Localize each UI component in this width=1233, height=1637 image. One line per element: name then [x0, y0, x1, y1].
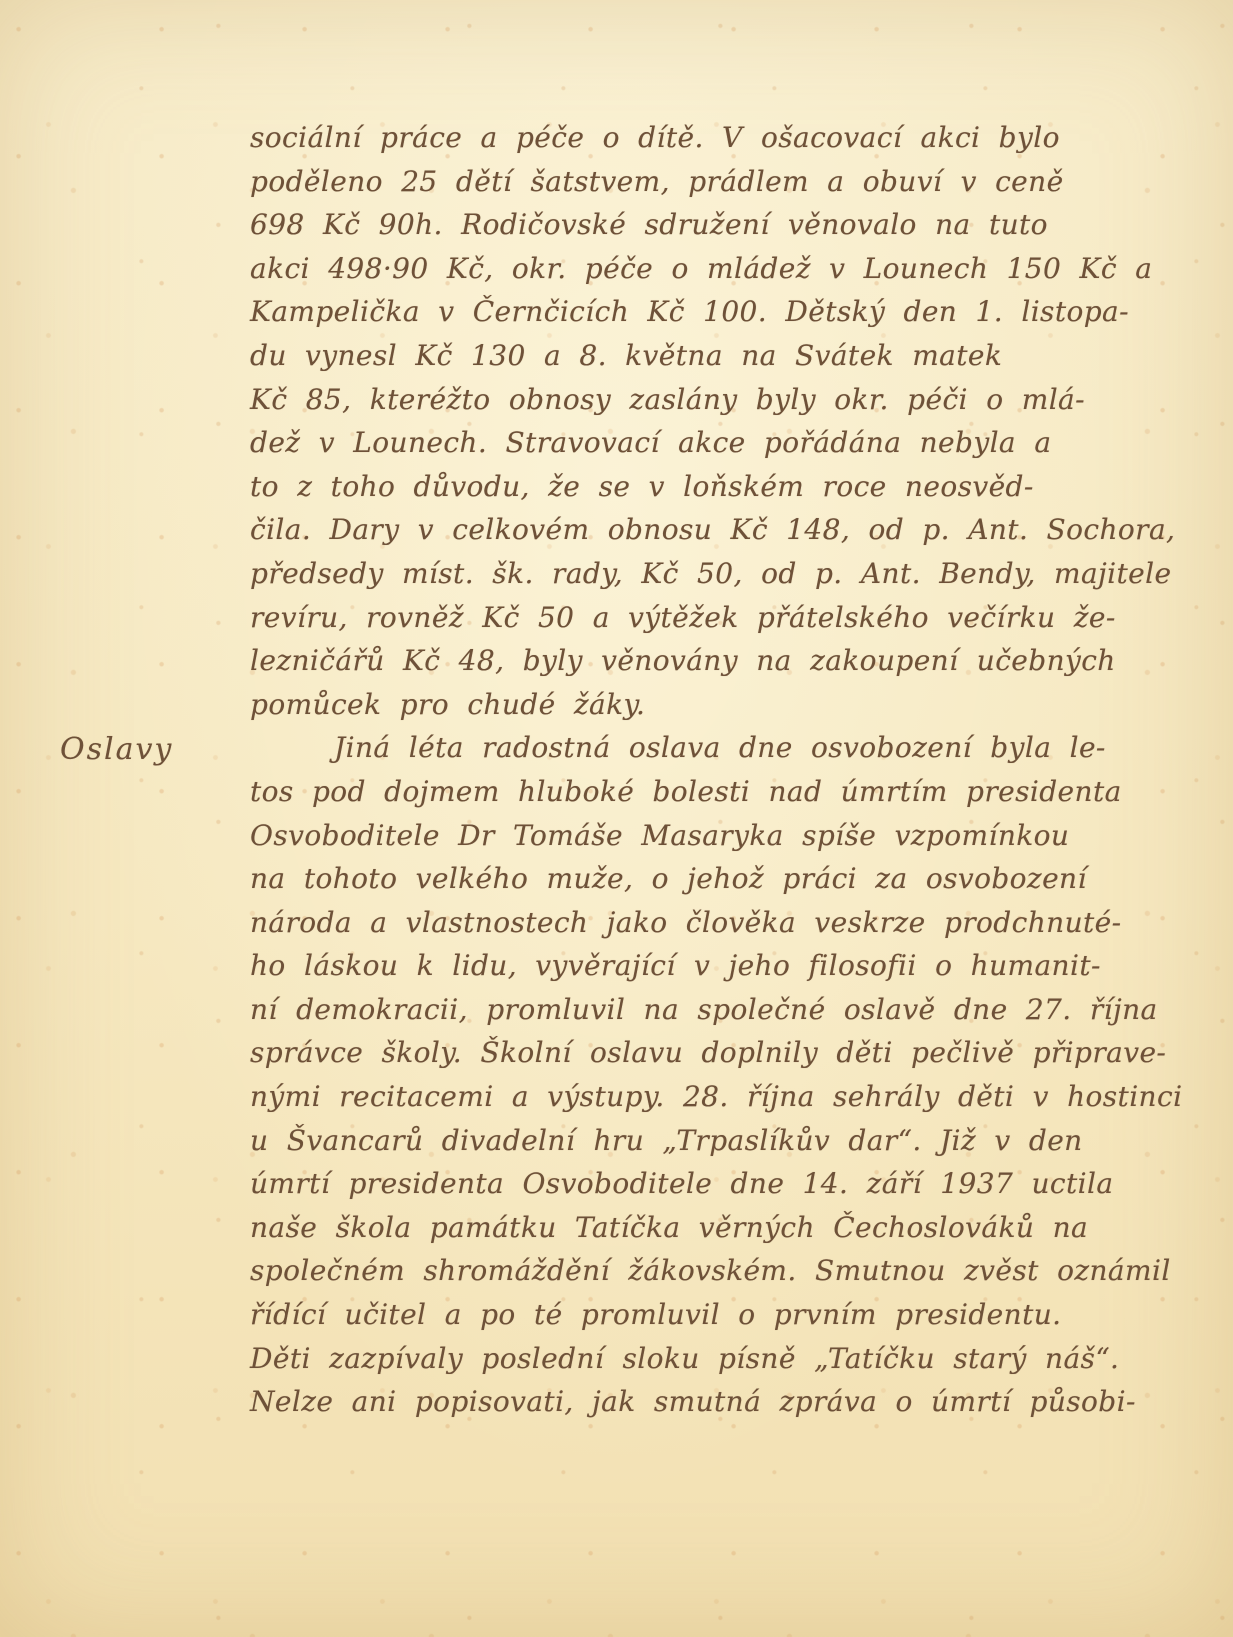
text-line: ní demokracii, promluvil na společné osl… — [250, 988, 1150, 1032]
text-line: 698 Kč 90h. Rodičovské sdružení věnovalo… — [250, 203, 1150, 247]
chronicle-page: Oslavy sociální práce a péče o dítě. V o… — [0, 0, 1233, 1637]
text-line: Děti zazpívaly poslední sloku písně „Tat… — [250, 1337, 1150, 1381]
text-line: u Švancarů divadelní hru „Trpaslíkův dar… — [250, 1119, 1150, 1163]
text-line: naše škola památku Tatíčka věrných Čecho… — [250, 1206, 1150, 1250]
text-line: sociální práce a péče o dítě. V ošacovac… — [250, 116, 1150, 160]
text-line: tos pod dojmem hluboké bolesti nad úmrtí… — [250, 770, 1150, 814]
text-line: to z toho důvodu, že se v loňském roce n… — [250, 465, 1150, 509]
text-line: národa a vlastnostech jako člověka veskr… — [250, 901, 1150, 945]
text-line: na tohoto velkého muže, o jehož práci za… — [250, 857, 1150, 901]
text-line: předsedy míst. šk. rady, Kč 50, od p. An… — [250, 552, 1150, 596]
text-line: dež v Lounech. Stravovací akce pořádána … — [250, 421, 1150, 465]
text-line: pomůcek pro chudé žáky. — [250, 683, 1150, 727]
text-line: revíru, rovněž Kč 50 a výtěžek přátelské… — [250, 596, 1150, 640]
text-line: Kampelička v Černčicích Kč 100. Dětský d… — [250, 290, 1150, 334]
text-line: akci 498·90 Kč, okr. péče o mládež v Lou… — [250, 247, 1150, 291]
text-line: Nelze ani popisovati, jak smutná zpráva … — [250, 1380, 1150, 1424]
text-line: správce školy. Školní oslavu doplnily dě… — [250, 1031, 1150, 1075]
text-line: ho láskou k lidu, vyvěrající v jeho filo… — [250, 944, 1150, 988]
text-line: společném shromáždění žákovském. Smutnou… — [250, 1249, 1150, 1293]
text-line: čila. Dary v celkovém obnosu Kč 148, od … — [250, 508, 1150, 552]
text-line: lezničářů Kč 48, byly věnovány na zakoup… — [250, 639, 1150, 683]
paragraph-celebrations: Jiná léta radostná oslava dne osvobození… — [250, 726, 1150, 1424]
paragraph-social-care: sociální práce a péče o dítě. V ošacovac… — [250, 116, 1150, 726]
text-line: Osvoboditele Dr Tomáše Masaryka spíše vz… — [250, 814, 1150, 858]
text-line: nými recitacemi a výstupy. 28. října seh… — [250, 1075, 1150, 1119]
text-line: Kč 85, kteréžto obnosy zaslány byly okr.… — [250, 378, 1150, 422]
text-line: Jiná léta radostná oslava dne osvobození… — [250, 726, 1150, 770]
margin-note-oslavy: Oslavy — [60, 732, 173, 767]
handwritten-text-block: sociální práce a péče o dítě. V ošacovac… — [250, 116, 1150, 1424]
text-line: řídící učitel a po té promluvil o prvním… — [250, 1293, 1150, 1337]
text-line: du vynesl Kč 130 a 8. května na Svátek m… — [250, 334, 1150, 378]
text-line: poděleno 25 dětí šatstvem, prádlem a obu… — [250, 160, 1150, 204]
text-line: úmrtí presidenta Osvoboditele dne 14. zá… — [250, 1162, 1150, 1206]
